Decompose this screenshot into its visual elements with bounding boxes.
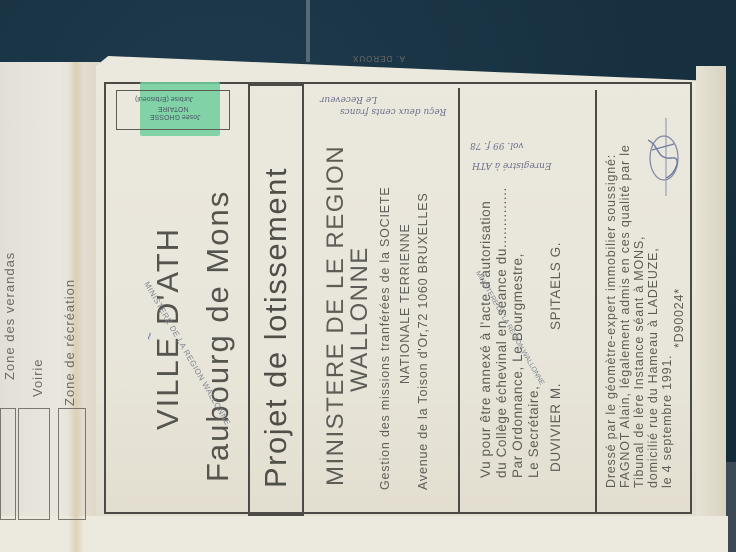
column-divider-3	[458, 88, 460, 512]
approval-line-1: Vu pour être annexé à l'acte d'autorisat…	[478, 201, 493, 478]
registration-note-2: Reçu deux cents francs	[340, 106, 446, 116]
ministry-society: NATIONALE TERRIENNE	[398, 223, 412, 384]
registration-note-4: Enregistré à ATH	[472, 160, 551, 170]
surveyor-signature	[626, 110, 696, 200]
column-divider-4	[595, 90, 597, 512]
ministry-line-2: WALLONNE	[346, 246, 374, 392]
sheet-bottom-margin	[0, 516, 728, 552]
approval-line-4: Le Secrétaire,	[526, 386, 541, 478]
registration-note-3: vol. 99 f. 78	[470, 140, 524, 150]
printer-mark: A. DEROUX	[352, 54, 405, 63]
mayor-name: SPITAELS G.	[548, 242, 563, 330]
surveyor-line-3: Tibunal de lère Instance séant à MONS,	[632, 236, 646, 488]
legend-label-recreation: Zone de récréation	[62, 279, 77, 406]
notary-stamp-line-1: Josée GHOSSE	[150, 112, 201, 121]
legend-label-verandas: Zone des verandas	[2, 252, 17, 380]
legend-label-voirie: Voirie	[30, 358, 45, 397]
district-name: Faubourg de Mons	[200, 190, 236, 482]
secretary-name: DUVIVIER M.	[548, 383, 563, 472]
legend-swatch-verandas	[0, 408, 16, 520]
ministry-mission: Gestion des missions tranférées de la SO…	[378, 187, 392, 490]
sheet-right-edge	[696, 66, 726, 552]
notary-stamp-line-3: Jurbise (Erbisoeul)	[135, 94, 193, 103]
legend-swatch-recreation	[58, 408, 86, 520]
surveyor-line-1: Dressé par le géomètre-expert immobilier…	[604, 154, 618, 488]
notary-stamp-line-2: NOTAIRE	[158, 104, 189, 113]
plan-reference: *D90024*	[672, 288, 686, 348]
project-title: Projet de lotissement	[258, 167, 294, 488]
surveyor-line-5: le 4 septembre 1991.	[660, 355, 674, 488]
legend-swatch-voirie	[18, 408, 50, 520]
table-scratch	[306, 0, 310, 62]
surveyor-line-4: domicilié rue du Hameau à LADEUZE,	[646, 248, 660, 489]
approval-line-3: Par Ordonnance, Le Bourgmestre,	[510, 253, 525, 478]
approval-line-2: du Collège échevinal en séance du.......…	[494, 187, 509, 478]
registration-note-1: Le Receveur	[320, 94, 377, 104]
ministry-address: Avenue de la Toison d'Or,72 1060 BRUXELL…	[416, 192, 430, 490]
